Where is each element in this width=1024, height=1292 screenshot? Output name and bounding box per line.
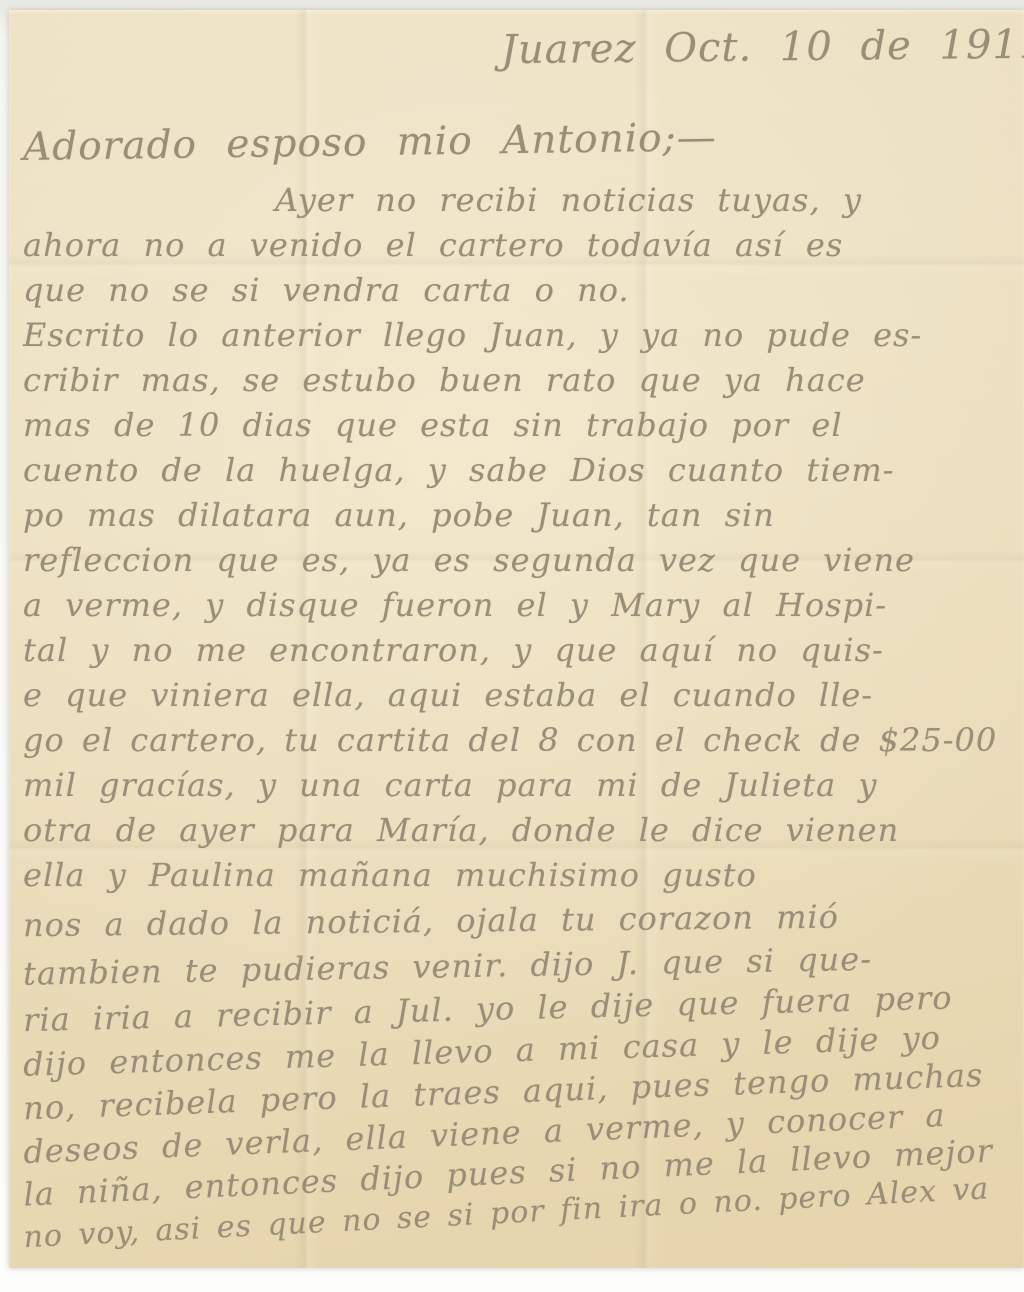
handwritten-line: mas de 10 dias que esta sin trabajo por …	[23, 403, 1020, 448]
letter-dateline: Juarez Oct. 10 de 1911	[23, 13, 1021, 87]
letter-salutation: Adorado esposo mio Antonio;—	[23, 103, 1021, 179]
handwritten-line: a verme, y disque fueron el y Mary al Ho…	[23, 583, 1020, 628]
handwritten-line: po mas dilatara aun, pobe Juan, tan sin	[23, 493, 1020, 538]
handwritten-line: e que viniera ella, aqui estaba el cuand…	[23, 673, 1020, 718]
handwritten-line: refleccion que es, ya es segunda vez que…	[23, 538, 1020, 583]
handwritten-line: que no se si vendra carta o no.	[23, 268, 1020, 313]
handwritten-line: ella y Paulina mañana muchisimo gusto	[23, 853, 1020, 898]
handwritten-line: go el cartero, tu cartita del 8 con el c…	[23, 718, 1020, 763]
handwritten-line: ahora no a venido el cartero todavía así…	[23, 223, 1020, 268]
handwritten-line: cribir mas, se estubo buen rato que ya h…	[23, 358, 1020, 403]
handwritten-line: cuento de la huelga, y sabe Dios cuanto …	[23, 448, 1020, 493]
letter-lines: Ayer no recibi noticias tuyas, yahora no…	[23, 178, 1020, 1235]
letter-page: Juarez Oct. 10 de 1911 Adorado esposo mi…	[9, 10, 1024, 1268]
letter-content: Juarez Oct. 10 de 1911 Adorado esposo mi…	[23, 18, 1020, 1235]
handwritten-line: otra de ayer para María, donde le dice v…	[23, 808, 1020, 853]
handwritten-line: Escrito lo anterior llego Juan, y ya no …	[23, 313, 1020, 358]
handwritten-line: Ayer no recibi noticias tuyas, y	[275, 178, 1020, 223]
handwritten-line: mil gracías, y una carta para mi de Juli…	[23, 763, 1020, 808]
handwritten-line: tal y no me encontraron, y que aquí no q…	[23, 628, 1020, 673]
scan-background: Juarez Oct. 10 de 1911 Adorado esposo mi…	[0, 0, 1024, 1292]
